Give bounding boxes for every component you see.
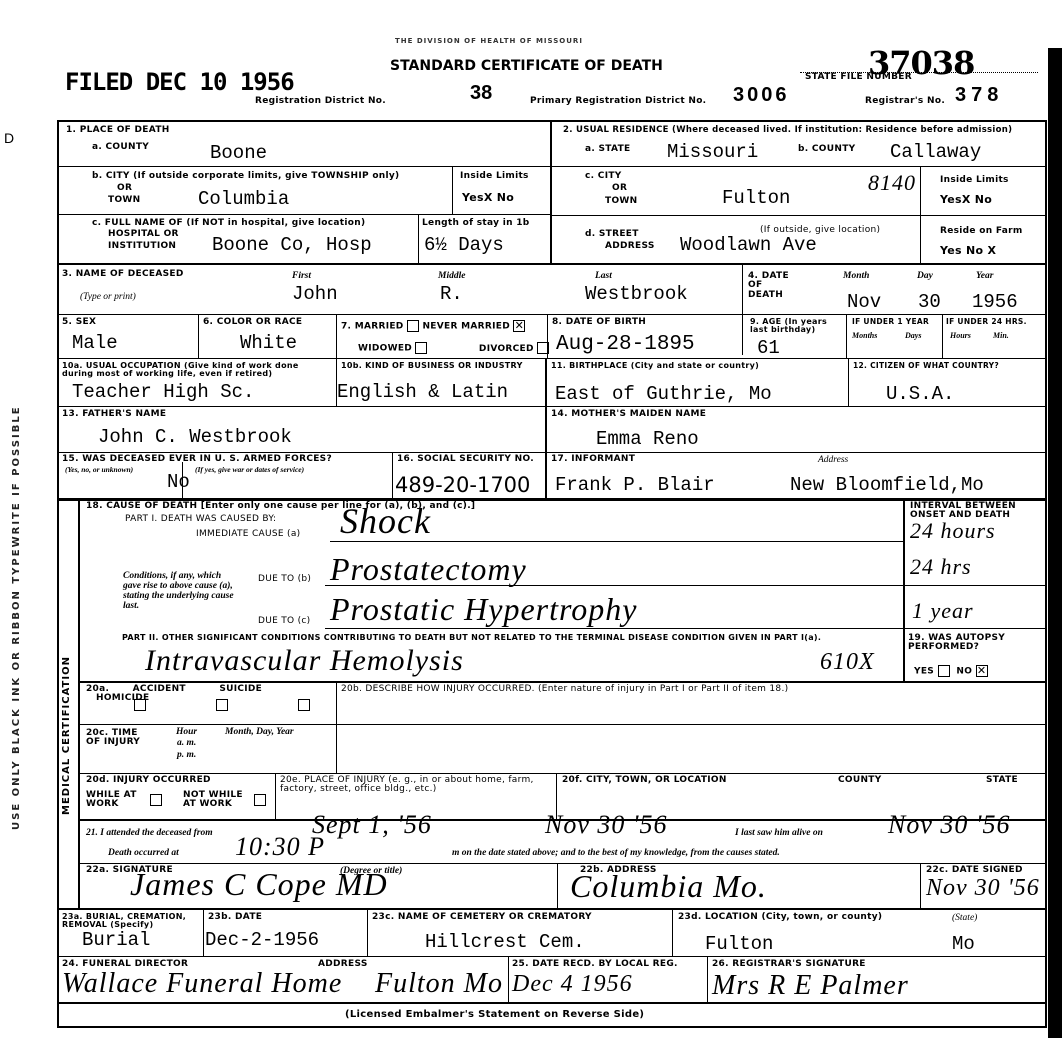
days-label: Days xyxy=(905,331,921,340)
margin-mark: D xyxy=(4,130,14,146)
under-1-year-label: IF UNDER 1 YEAR xyxy=(852,318,929,326)
autopsy-no-checkbox[interactable]: ✕ xyxy=(976,665,988,677)
not-at-work-label: NOT WHILE AT WORK xyxy=(183,791,251,810)
burial-type: Burial xyxy=(82,931,150,950)
res-county: Callaway xyxy=(890,143,981,162)
length-of-stay: 6½ Days xyxy=(424,236,504,255)
informant-name: Frank P. Blair xyxy=(555,476,715,495)
attended-text: 21. I attended the deceased from xyxy=(86,828,213,838)
first-label: First xyxy=(292,271,311,281)
father-label: 13. FATHER'S NAME xyxy=(62,410,166,419)
marital-status-row2: WIDOWED DIVORCED xyxy=(358,342,549,354)
last-saw-text: I last saw him alive on xyxy=(735,828,823,838)
res-state-label: a. STATE xyxy=(585,145,631,154)
death-occurred-text: Death occurred at xyxy=(108,848,179,858)
industry-label: 10b. KIND OF BUSINESS OR INDUSTRY xyxy=(341,362,523,370)
citizen-label: 12. CITIZEN OF WHAT COUNTRY? xyxy=(853,362,999,370)
division-heading: THE DIVISION OF HEALTH OF MISSOURI xyxy=(395,38,583,45)
immediate-cause-label: IMMEDIATE CAUSE (a) xyxy=(196,530,301,539)
medical-certification-label: MEDICAL CERTIFICATION xyxy=(62,656,73,815)
death-day: 30 xyxy=(918,293,941,312)
armed-forces: No xyxy=(167,473,190,492)
place-of-injury-label: 20e. PLACE OF INJURY (e. g., in or about… xyxy=(280,776,550,795)
burial-date-label: 23b. DATE xyxy=(208,913,262,922)
month-day-year-label: Month, Day, Year xyxy=(225,727,294,737)
year-label: Year xyxy=(976,271,993,281)
immediate-cause: Shock xyxy=(340,503,431,539)
attended-from: Sept 1, '56 xyxy=(312,812,432,838)
suicide-checkbox[interactable] xyxy=(216,699,228,711)
armed-forces-label: 15. WAS DECEASED EVER IN U. S. ARMED FOR… xyxy=(62,455,332,464)
county-label: a. COUNTY xyxy=(92,143,149,152)
last-saw-date: Nov 30 '56 xyxy=(888,812,1010,838)
res-city-label: c. CITY xyxy=(585,172,622,181)
res-street: Woodlawn Ave xyxy=(680,236,817,255)
race: White xyxy=(240,334,297,353)
cemetery-label: 23c. NAME OF CEMETERY OR CREMATORY xyxy=(372,913,592,922)
date-received: Dec 4 1956 xyxy=(512,972,633,996)
inside-limits-label: Inside Limits xyxy=(460,172,529,181)
injury-city-label: 20f. CITY, TOWN, OR LOCATION xyxy=(562,776,727,785)
stay-label: Length of stay in 1b xyxy=(422,219,530,228)
burial-location-label: 23d. LOCATION (City, town, or county) xyxy=(678,913,882,922)
age: 61 xyxy=(757,339,780,358)
reg-district-label: Registration District No. xyxy=(255,97,386,106)
autopsy-label: 19. WAS AUTOPSY PERFORMED? xyxy=(908,634,1038,653)
sex: Male xyxy=(72,334,118,353)
last-label: Last xyxy=(595,271,612,281)
part-2-code: 610X xyxy=(820,650,875,674)
autopsy-options: YES NO ✕ xyxy=(914,665,988,677)
scan-edge xyxy=(1048,48,1062,1038)
street-label: d. STREET xyxy=(585,230,639,239)
middle-label: Middle xyxy=(438,271,465,281)
last-name: Westbrook xyxy=(585,285,688,304)
registrar-no-label: Registrar's No. xyxy=(865,97,945,106)
industry: English & Latin xyxy=(337,383,508,402)
primary-reg-value: 3006 xyxy=(733,84,790,107)
first-name: John xyxy=(292,285,338,304)
under-24-hrs-label: IF UNDER 24 HRS. xyxy=(946,318,1027,326)
part-2-label: PART II. OTHER SIGNIFICANT CONDITIONS CO… xyxy=(122,634,902,642)
primary-reg-label: Primary Registration District No. xyxy=(530,97,706,106)
registrar-signature-label: 26. REGISTRAR'S SIGNATURE xyxy=(712,960,866,969)
address-label: ADDRESS xyxy=(605,242,655,251)
res-or-label: OR xyxy=(612,184,627,193)
armed-sub1: (Yes, no, or unknown) xyxy=(65,465,133,474)
date-received-label: 25. DATE RECD. BY LOCAL REG. xyxy=(512,960,678,969)
death-county: Boone xyxy=(210,144,267,163)
due-to-c: Prostatic Hypertrophy xyxy=(330,593,637,625)
middle-name: R. xyxy=(440,285,463,304)
res-inside-limits-value: YesX No xyxy=(940,194,992,206)
injury-state-label: STATE xyxy=(986,776,1018,785)
burial-date: Dec-2-1956 xyxy=(205,931,319,950)
burial-location: Fulton xyxy=(705,935,773,954)
injury-county-label: COUNTY xyxy=(838,776,882,785)
farm-value: Yes No X xyxy=(940,245,996,257)
social-security-number: 489-20-1700 xyxy=(395,473,530,497)
accident-checkbox[interactable] xyxy=(134,699,146,711)
min-label: Min. xyxy=(993,331,1009,340)
hospital-label: c. FULL NAME OF (If NOT in hospital, giv… xyxy=(92,219,365,228)
months-label: Months xyxy=(852,331,877,340)
autopsy-yes-checkbox[interactable] xyxy=(938,665,950,677)
month-label: Month xyxy=(843,271,869,281)
farm-label: Reside on Farm xyxy=(940,227,1023,236)
due-to-b: Prostatectomy xyxy=(330,553,527,585)
interval-c: 1 year xyxy=(912,600,974,622)
embalmer-statement-note: (Licensed Embalmer's Statement on Revers… xyxy=(345,1010,644,1021)
hospital-sub1: HOSPITAL OR xyxy=(108,230,179,239)
mother-label: 14. MOTHER'S MAIDEN NAME xyxy=(551,410,706,419)
state-file-label: STATE FILE NUMBER xyxy=(805,73,912,82)
informant-address: New Bloomfield,Mo xyxy=(790,476,984,495)
due-to-b-label: DUE TO (b) xyxy=(258,575,311,584)
injury-occurred-label: 20d. INJURY OCCURRED xyxy=(86,776,211,785)
death-month: Nov xyxy=(847,293,881,312)
place-of-death-label: 1. PLACE OF DEATH xyxy=(66,126,170,135)
physician-address: Columbia Mo. xyxy=(570,870,767,902)
dob-label: 8. DATE OF BIRTH xyxy=(552,318,646,327)
birthplace-label: 11. BIRTHPLACE (City and state or countr… xyxy=(551,362,759,370)
time-of-injury-label: 20c. TIME OF INJURY xyxy=(86,729,146,748)
registrar-no-value: 378 xyxy=(955,84,1003,107)
res-state: Missouri xyxy=(667,143,758,162)
death-year: 1956 xyxy=(972,293,1018,312)
birthplace: East of Guthrie, Mo xyxy=(555,385,772,404)
ink-instruction: USE ONLY BLACK INK OR RIBBON TYPEWRITE I… xyxy=(12,405,23,830)
marital-status: 7. MARRIED NEVER MARRIED ✕ xyxy=(341,320,525,332)
date-of-death-label: 4. DATE OF DEATH xyxy=(748,272,798,300)
conditions-note: Conditions, if any, which gave rise to a… xyxy=(123,572,238,612)
homicide-checkbox[interactable] xyxy=(298,699,310,711)
day-label: Day xyxy=(917,271,933,281)
hospital-sub2: INSTITUTION xyxy=(108,242,176,251)
attestation-statement: m on the date stated above; and to the b… xyxy=(452,848,780,858)
age-label: 9. AGE (In years last birthday) xyxy=(750,318,845,335)
citizenship: U.S.A. xyxy=(886,385,954,404)
informant-label: 17. INFORMANT xyxy=(551,455,635,464)
due-to-c-label: DUE TO (c) xyxy=(258,617,310,626)
am-label: a. m. xyxy=(177,738,196,748)
hour-label: Hour xyxy=(176,727,197,737)
res-city: Fulton xyxy=(722,189,790,208)
res-inside-limits-label: Inside Limits xyxy=(940,176,1009,185)
occupation: Teacher High Sc. xyxy=(72,383,254,402)
attended-to: Nov 30 '56 xyxy=(545,812,667,838)
death-city: Columbia xyxy=(198,190,289,209)
hours-label: Hours xyxy=(950,331,971,340)
at-work-label: WHILE AT WORK xyxy=(86,791,146,810)
hospital-name: Boone Co, Hosp xyxy=(212,236,372,255)
date-signed: Nov 30 '56 xyxy=(926,876,1040,900)
married-checkbox[interactable] xyxy=(407,320,419,332)
residence-label: 2. USUAL RESIDENCE (Where deceased lived… xyxy=(563,126,1043,135)
physician-signature: James C Cope MD xyxy=(130,868,388,900)
registrar-signature: Mrs R E Palmer xyxy=(712,972,909,1000)
describe-injury-label: 20b. DESCRIBE HOW INJURY OCCURRED. (Ente… xyxy=(341,685,788,694)
town-label: TOWN xyxy=(108,196,140,205)
city-label: b. CITY (If outside corporate limits, gi… xyxy=(92,172,399,181)
inside-limits-value: YesX No xyxy=(462,192,514,204)
interval-a: 24 hours xyxy=(910,520,996,542)
res-town-label: TOWN xyxy=(605,197,637,206)
type-or-print: (Type or print) xyxy=(80,292,136,302)
reg-district-value: 38 xyxy=(470,82,492,105)
armed-sub2: (If yes, give war or dates of service) xyxy=(195,465,304,474)
race-label: 6. COLOR OR RACE xyxy=(203,318,302,327)
death-time: 10:30 P xyxy=(235,834,325,860)
part-1-label: PART I. DEATH WAS CAUSED BY: xyxy=(125,515,276,524)
interval-b: 24 hrs xyxy=(910,556,972,578)
widowed-checkbox[interactable] xyxy=(415,342,427,354)
deceased-name-label: 3. NAME OF DECEASED xyxy=(62,270,184,279)
date-of-birth: Aug-28-1895 xyxy=(556,334,695,355)
at-work-checkbox[interactable] xyxy=(150,794,162,806)
sex-label: 5. SEX xyxy=(62,318,96,327)
not-at-work-checkbox[interactable] xyxy=(254,794,266,806)
mother-name: Emma Reno xyxy=(596,430,699,449)
burial-state: Mo xyxy=(952,935,975,954)
filed-stamp: FILED DEC 10 1956 xyxy=(65,68,294,96)
res-county-label: b. COUNTY xyxy=(798,145,855,154)
never-married-checkbox[interactable]: ✕ xyxy=(513,320,525,332)
cemetery-name: Hillcrest Cem. xyxy=(425,933,585,952)
res-city-note: 8140 xyxy=(868,172,916,194)
funeral-director: Wallace Funeral Home xyxy=(62,970,342,998)
document-title: STANDARD CERTIFICATE OF DEATH xyxy=(390,58,663,74)
funeral-address: Fulton Mo xyxy=(375,970,503,998)
burial-state-label: (State) xyxy=(952,913,977,923)
pm-label: p. m. xyxy=(177,750,196,760)
occupation-label: 10a. USUAL OCCUPATION (Give kind of work… xyxy=(62,362,332,379)
part-2-condition: Intravascular Hemolysis xyxy=(145,646,464,676)
burial-type-label: 23a. BURIAL, CREMATION, REMOVAL (Specify… xyxy=(62,913,202,930)
father-name: John C. Westbrook xyxy=(98,428,292,447)
informant-address-label: Address xyxy=(818,455,848,465)
or-label: OR xyxy=(117,184,132,193)
ssn-label: 16. SOCIAL SECURITY NO. xyxy=(397,455,534,464)
